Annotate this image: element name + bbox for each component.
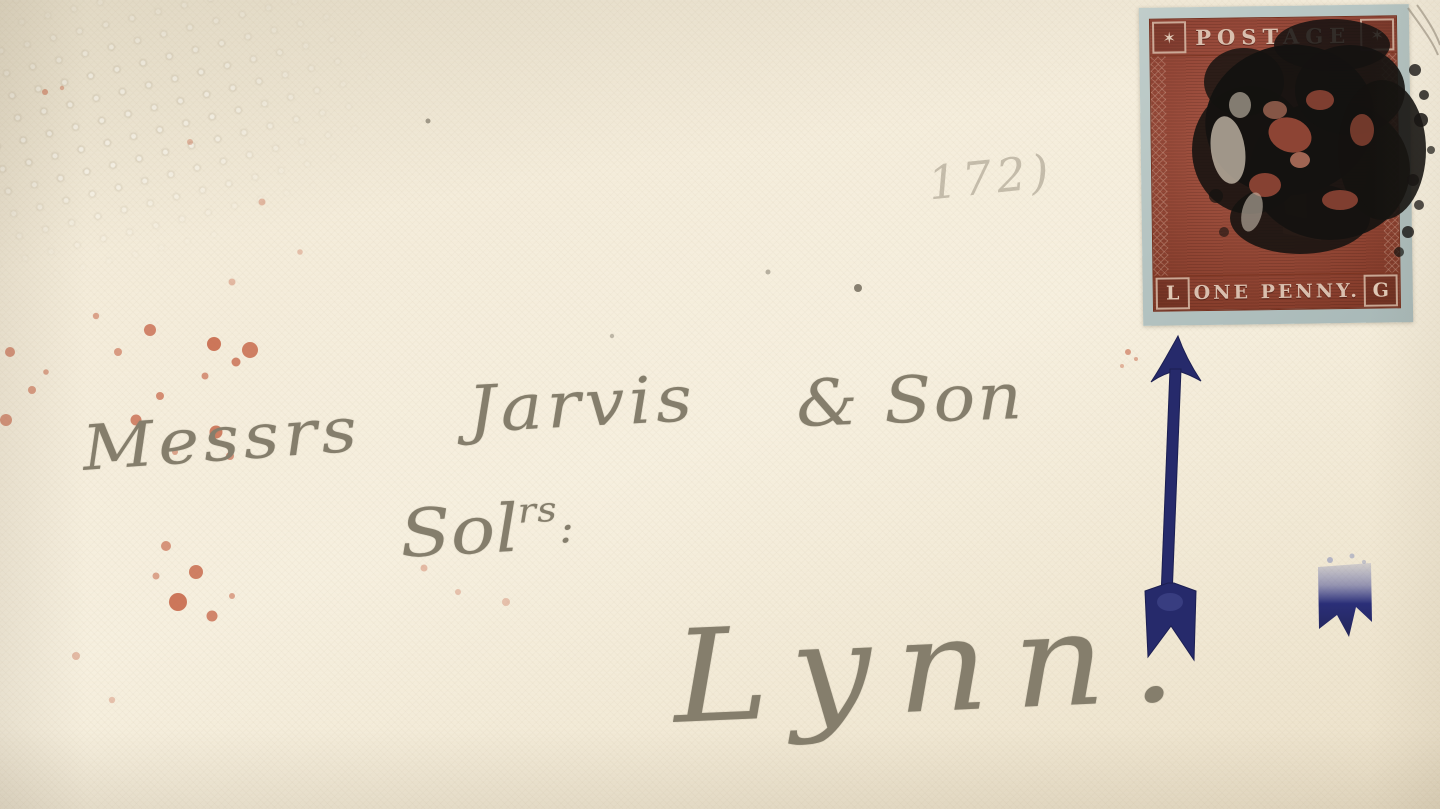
stamp-corner-letter-L: L: [1156, 277, 1190, 309]
stamp-postage-label: POSTAGE: [1188, 22, 1358, 49]
address-town: Lynn.: [670, 581, 1203, 753]
address-solicitors-abbrev: Solrs:: [398, 487, 576, 573]
scratch-marks: [1408, 5, 1440, 55]
sol-superscript: rs: [517, 490, 559, 532]
sol-abbrev-dots: :: [558, 506, 575, 553]
embossed-dot-texture: [0, 0, 565, 367]
stamp-lattice-right: [1381, 52, 1399, 273]
specks-near-arrow: [1120, 349, 1138, 368]
stamp-lattice-left: [1150, 56, 1168, 277]
stamp-corner-letter-G: G: [1364, 274, 1398, 306]
blue-ink-blot: [1318, 554, 1372, 638]
stamp-design: ✶ POSTAGE ✶ L ONE PENNY. G: [1149, 15, 1401, 311]
stamp-top-band: ✶ POSTAGE ✶: [1150, 16, 1396, 56]
address-word-messrs: Messrs: [80, 393, 364, 485]
queen-victoria-profile: [1185, 57, 1348, 269]
penny-red-stamp: ✶ POSTAGE ✶ L ONE PENNY. G: [1139, 4, 1413, 326]
pencil-annotation: 172): [926, 144, 1057, 211]
address-word-jarvis: Jarvis: [466, 362, 698, 448]
envelope-front: 172) Messrs Jarvis & Son Solrs: Lynn. ✶ …: [0, 0, 1440, 809]
address-word-and-son: & Son: [795, 360, 1025, 442]
sol-main: Sol: [398, 490, 521, 573]
stamp-bottom-band: L ONE PENNY. G: [1154, 272, 1400, 310]
stamp-one-penny-label: ONE PENNY.: [1192, 280, 1362, 304]
corner-star-icon: ✶: [1360, 18, 1394, 50]
corner-star-icon: ✶: [1152, 21, 1186, 53]
